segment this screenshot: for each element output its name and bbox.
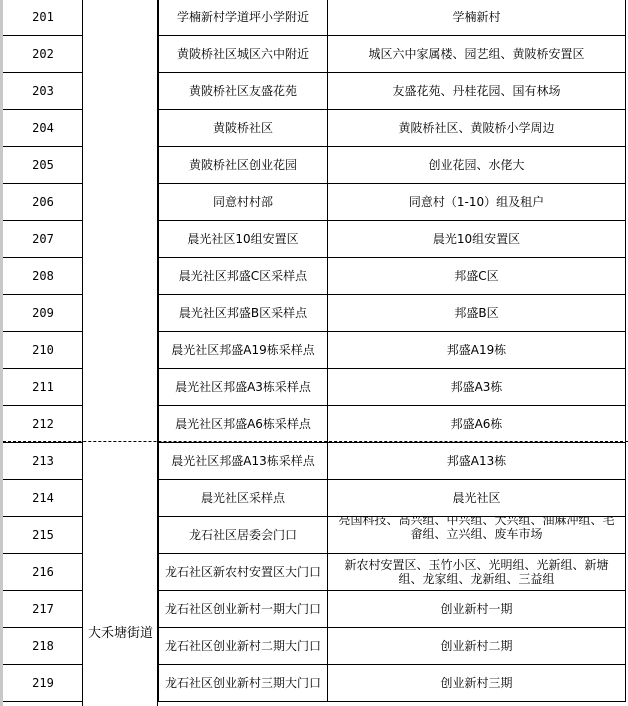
row-number: 204 <box>3 110 83 147</box>
row-number: 214 <box>3 480 83 517</box>
row-number: 218 <box>3 628 83 665</box>
coverage-area: 邦盛A19栋 <box>328 332 626 369</box>
coverage-area: 邦盛A13栋 <box>328 443 626 480</box>
row-number: 210 <box>3 332 83 369</box>
table-row: 201 学楠新村学道坪小学附近 学楠新村 <box>3 0 626 36</box>
row-number: 206 <box>3 184 83 221</box>
coverage-area: 邦盛A6栋 <box>328 406 626 443</box>
sampling-site: 晨光社区邦盛B区采样点 <box>158 295 328 332</box>
sampling-site: 晨光社区采样点 <box>158 480 328 517</box>
table-row: 219 龙石社区创业新村三期大门口 创业新村三期 <box>3 665 626 702</box>
sampling-site: 晨光社区邦盛A19栋采样点 <box>158 332 328 369</box>
table-row: 210 晨光社区邦盛A19栋采样点 邦盛A19栋 <box>3 332 626 369</box>
coverage-area: 晨光社区 <box>328 480 626 517</box>
row-number: 212 <box>3 406 83 443</box>
coverage-area: 同意村（1-10）组及租户 <box>328 184 626 221</box>
row-number: 203 <box>3 73 83 110</box>
row-number: 213 <box>3 443 83 480</box>
coverage-area: 新农村安置区、玉竹小区、光明组、光新组、新塘组、龙家组、龙新组、三益组 <box>328 554 626 591</box>
sampling-site: 晨光社区邦盛A13栋采样点 <box>158 443 328 480</box>
coverage-area: 邦盛C区 <box>328 258 626 295</box>
row-number: 207 <box>3 221 83 258</box>
coverage-area-text: 亮国科技、高兴组、中兴组、大兴组、油麻冲组、毛畲组、立兴组、废车市场 <box>334 517 619 541</box>
sampling-site: 黄陂桥社区创业花园 <box>158 147 328 184</box>
row-number: 208 <box>3 258 83 295</box>
sampling-site: 晨光社区邦盛A3栋采样点 <box>158 369 328 406</box>
coverage-area: 创业花园、水佬大 <box>328 147 626 184</box>
coverage-area: 创业新村一期 <box>328 591 626 628</box>
sampling-site: 龙石社区创业新村二期大门口 <box>158 628 328 665</box>
table-row: 212 晨光社区邦盛A6栋采样点 邦盛A6栋 <box>3 406 626 443</box>
row-number: 205 <box>3 147 83 184</box>
table-row: 206 同意村村部 同意村（1-10）组及租户 <box>3 184 626 221</box>
coverage-area: 黄陂桥社区、黄陂桥小学周边 <box>328 110 626 147</box>
table-row: 202 黄陂桥社区城区六中附近 城区六中家属楼、园艺组、黄陂桥安置区 <box>3 36 626 73</box>
sampling-site: 同意村村部 <box>158 184 328 221</box>
table-row: 209 晨光社区邦盛B区采样点 邦盛B区 <box>3 295 626 332</box>
sampling-site: 晨光社区邦盛C区采样点 <box>158 258 328 295</box>
sampling-site: 学楠新村学道坪小学附近 <box>158 0 328 36</box>
coverage-area: 邦盛A3栋 <box>328 369 626 406</box>
coverage-area: 友盛花苑、丹桂花园、国有林场 <box>328 73 626 110</box>
table-row: 208 晨光社区邦盛C区采样点 邦盛C区 <box>3 258 626 295</box>
table-row: 216 龙石社区新农村安置区大门口 新农村安置区、玉竹小区、光明组、光新组、新塘… <box>3 554 626 591</box>
coverage-area: 学楠新村 <box>328 0 626 36</box>
table-row: 211 晨光社区邦盛A3栋采样点 邦盛A3栋 <box>3 369 626 406</box>
coverage-area: 城区六中家属楼、园艺组、黄陂桥安置区 <box>328 36 626 73</box>
sampling-site: 龙石社区居委会门口 <box>158 517 328 554</box>
row-number: 216 <box>3 554 83 591</box>
table-row: 205 黄陂桥社区创业花园 创业花园、水佬大 <box>3 147 626 184</box>
sampling-site: 黄陂桥社区友盛花苑 <box>158 73 328 110</box>
table-row: 215 龙石社区居委会门口 亮国科技、高兴组、中兴组、大兴组、油麻冲组、毛畲组、… <box>3 517 626 554</box>
table-row: 217 龙石社区创业新村一期大门口 创业新村一期 <box>3 591 626 628</box>
table-row: 204 黄陂桥社区 黄陂桥社区、黄陂桥小学周边 <box>3 110 626 147</box>
sampling-site: 龙石社区创业新村三期大门口 <box>158 665 328 702</box>
table-row: 218 龙石社区创业新村二期大门口 创业新村二期 <box>3 628 626 665</box>
table-row: 203 黄陂桥社区友盛花苑 友盛花苑、丹桂花园、国有林场 <box>3 73 626 110</box>
coverage-area: 晨光10组安置区 <box>328 221 626 258</box>
sampling-site: 黄陂桥社区 <box>158 110 328 147</box>
table-row: 213 晨光社区邦盛A13栋采样点 邦盛A13栋 <box>3 443 626 480</box>
row-number: 219 <box>3 665 83 702</box>
sampling-site: 黄陂桥社区城区六中附近 <box>158 36 328 73</box>
row-number: 201 <box>3 0 83 36</box>
coverage-area: 邦盛B区 <box>328 295 626 332</box>
coverage-area: 创业新村三期 <box>328 665 626 702</box>
sampling-site: 晨光社区10组安置区 <box>158 221 328 258</box>
page-break-line <box>3 441 628 442</box>
coverage-area: 亮国科技、高兴组、中兴组、大兴组、油麻冲组、毛畲组、立兴组、废车市场 <box>328 517 626 554</box>
row-number: 202 <box>3 36 83 73</box>
table-row: 214 晨光社区采样点 晨光社区 <box>3 480 626 517</box>
coverage-area: 创业新村二期 <box>328 628 626 665</box>
table-row: 207 晨光社区10组安置区 晨光10组安置区 <box>3 221 626 258</box>
sampling-site: 龙石社区创业新村一期大门口 <box>158 591 328 628</box>
sampling-site: 晨光社区邦盛A6栋采样点 <box>158 406 328 443</box>
row-number: 209 <box>3 295 83 332</box>
row-number: 217 <box>3 591 83 628</box>
row-number: 215 <box>3 517 83 554</box>
sampling-site: 龙石社区新农村安置区大门口 <box>158 554 328 591</box>
row-number: 211 <box>3 369 83 406</box>
